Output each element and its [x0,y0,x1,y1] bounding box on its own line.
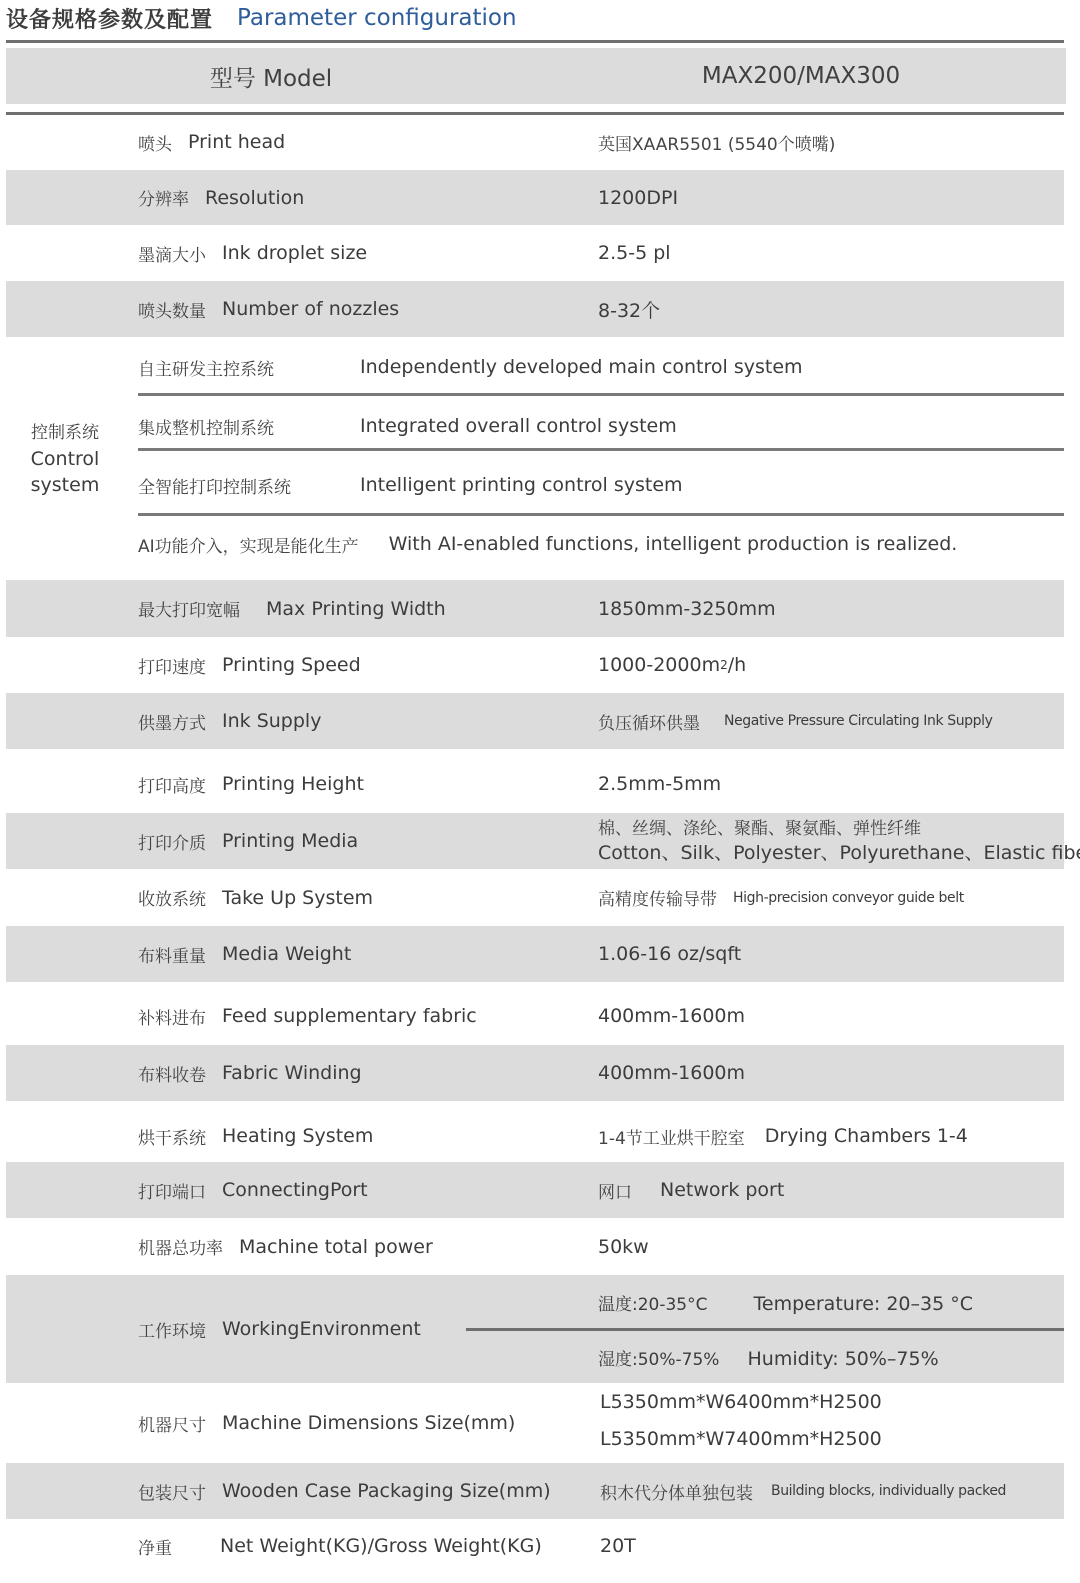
page-title: 设备规格参数及配置 Parameter configuration [6,0,517,36]
row-label-zh: 分辨率 [138,185,189,210]
control-system-label: 控制系统 Control system [6,420,124,498]
control-item: 集成整机控制系统 Integrated overall control syst… [138,411,677,441]
table-row: 喷头Print head 英国XAAR5501 (5540个喷嘴) [6,116,1064,168]
table-row: 墨滴大小Ink droplet size 2.5-5 pl [6,226,1064,280]
header-model-label: 型号 Model [6,60,536,93]
row-label-en: Number of nozzles [222,298,399,320]
humidity-value: 湿度:50%-75% Humidity: 50%–75% [598,1345,939,1370]
table-row: 收放系统Take Up System 高精度传输导带High-precision… [6,870,1064,925]
row-value: 英国XAAR5501 (5540个喷嘴) [598,130,835,155]
dimension-value-1: L5350mm*W6400mm*H2500 [600,1391,882,1413]
table-header: 型号 Model MAX200/MAX300 [6,48,1066,104]
table-row-weight: 净重Net Weight(KG)/Gross Weight(KG) 20T [6,1520,1064,1572]
table-row: 布料重量Media Weight 1.06-16 oz/sqft [6,926,1064,982]
divider [466,1328,1064,1331]
table-row: 打印速度Printing Speed 1000-2000m2/h [6,638,1064,692]
temperature-value: 温度:20-35°C Temperature: 20–35 °C [598,1290,973,1315]
row-label-en: Resolution [205,187,304,209]
control-item: 自主研发主控系统 Independently developed main co… [138,352,803,382]
table-row: 喷头数量Number of nozzles 8-32个 [6,281,1064,337]
row-label-en: Print head [188,131,285,153]
row-value: 8-32个 [598,296,660,323]
title-en: Parameter configuration [237,5,517,31]
divider [138,393,1064,396]
row-value: 2.5-5 pl [598,242,671,264]
dimension-value-2: L5350mm*W7400mm*H2500 [600,1428,882,1450]
table-row: 打印介质Printing Media 棉、丝绸、涤纶、聚酯、聚氨酯、弹性纤维 C… [6,813,1064,869]
control-item: 全智能打印控制系统 Intelligent printing control s… [138,470,683,500]
row-value: 1200DPI [598,187,678,209]
table-row-dimensions: 机器尺寸Machine Dimensions Size(mm) [6,1384,1064,1462]
table-row: 烘干系统Heating System 1-4节工业烘干腔室Drying Cham… [6,1108,1064,1164]
table-row: 分辨率Resolution 1200DPI [6,170,1064,225]
header-model-value: MAX200/MAX300 [536,63,1066,89]
row-label-zh: 墨滴大小 [138,241,206,266]
table-row: 打印高度Printing Height 2.5mm-5mm [6,756,1064,812]
divider [6,112,1064,115]
title-zh: 设备规格参数及配置 [6,3,213,34]
table-row: 打印端口ConnectingPort 网口Network port [6,1162,1064,1218]
table-row: 供墨方式Ink Supply 负压循环供墨Negative Pressure C… [6,693,1064,749]
table-row-packaging: 包装尺寸Wooden Case Packaging Size(mm) 积木代分体… [6,1463,1064,1519]
table-row: 补料进布Feed supplementary fabric 400mm-1600… [6,988,1064,1044]
table-row: 布料收卷Fabric Winding 400mm-1600m [6,1045,1064,1101]
row-label-en: Ink droplet size [222,242,367,264]
control-item: AI功能介入，实现是能化生产 With AI-enabled functions… [138,529,957,559]
row-label-zh: 喷头 [138,130,172,155]
divider [138,448,1064,451]
row-label-zh: 喷头数量 [138,297,206,322]
divider [6,40,1064,43]
divider [138,513,1064,516]
table-row: 机器总功率Machine total power 50kw [6,1219,1064,1274]
table-row: 最大打印宽幅Max Printing Width 1850mm-3250mm [6,580,1064,637]
